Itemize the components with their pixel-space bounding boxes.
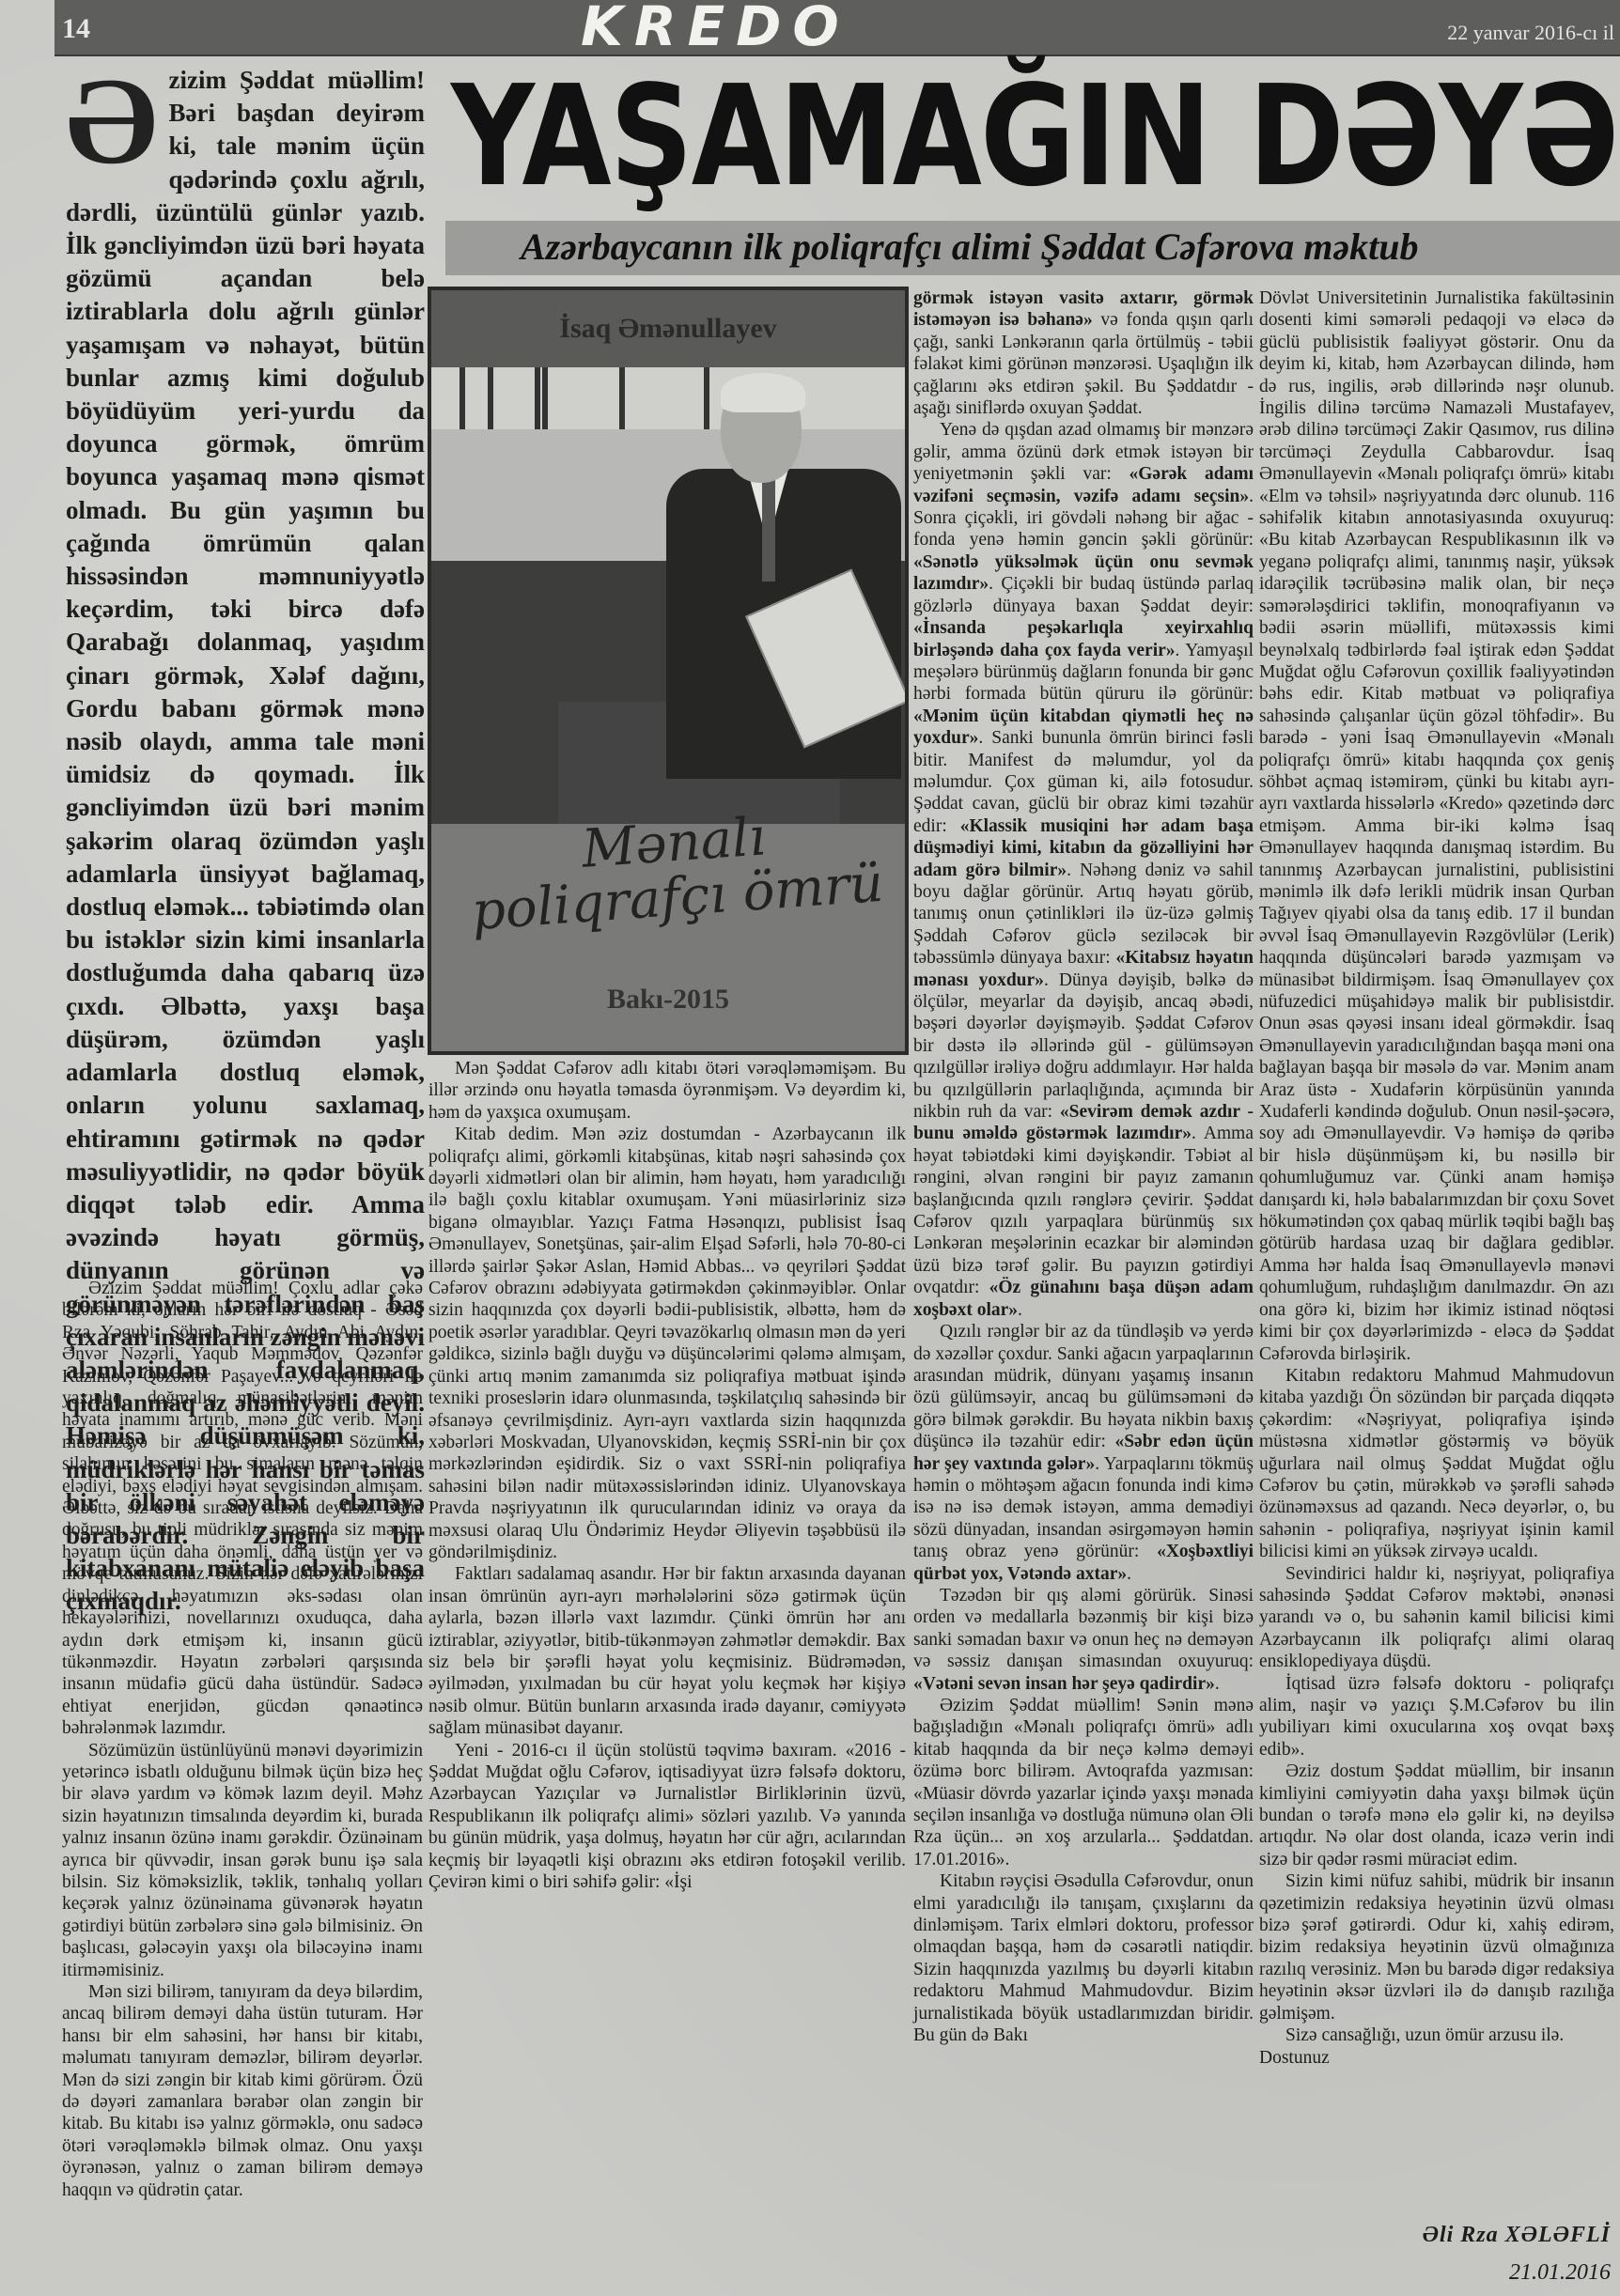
signature-date: 21.01.2016 [1410, 2260, 1611, 2286]
paragraph: Faktları sadalamaq asandır. Hər bir fakt… [428, 1563, 906, 1739]
newspaper-brand: KREDO [581, 0, 850, 58]
headline: YAŞAMAĞIN DƏYƏRİ [451, 56, 1422, 216]
issue-date: 22 yanvar 2016-cı il [1447, 21, 1614, 45]
fourth-column-body: Dövlət Universitetinin Jurnalistika fakü… [1259, 287, 1614, 2069]
paragraph: Mən Şəddat Cəfərov adlı kitabı ötəri vər… [428, 1058, 906, 1124]
cover-city-year: Bakı-2015 [431, 984, 905, 1016]
paragraph: Əzizim Şəddat müəllim! Sənin mənə bağışl… [913, 1695, 1254, 1870]
subtitle: Azərbaycanın ilk poliqrafçı alimi Şəddat… [521, 225, 1419, 269]
author-signature: Əli Rza XƏLƏFLİ [1410, 2223, 1611, 2248]
paragraph: Kitab dedim. Mən əziz dostumdan - Azərba… [428, 1124, 906, 1563]
third-column-body: görmək istəyən vasitə axtarır, görmək is… [913, 287, 1254, 2047]
paragraph: Təzədən bir qış aləmi görürük. Sinəsi or… [913, 1585, 1254, 1695]
bookshelf-graphic [431, 367, 905, 429]
middle-column-body: Mən Şəddat Cəfərov adlı kitabı ötəri vər… [428, 1058, 906, 1893]
paragraph: Yeni - 2016-cı il üçün stolüstü təqvimə … [428, 1740, 906, 1894]
paragraph: Əzizim Şəddat müəllim! Çoxlu adlar çəkə … [62, 1278, 423, 1740]
person-hair-graphic [721, 373, 805, 412]
left-column-body: Əzizim Şəddat müəllim! Çoxlu adlar çəkə … [62, 1278, 423, 2201]
paragraph: Dövlət Universitetinin Jurnalistika fakü… [1259, 287, 1614, 1365]
subtitle-band: Azərbaycanın ilk poliqrafçı alimi Şəddat… [445, 221, 1620, 275]
paragraph: Sizin kimi nüfuz sahibi, müdrik bir insa… [1259, 1870, 1614, 2025]
masthead-band: 14 KREDO 22 yanvar 2016-cı il [55, 0, 1620, 56]
paragraph: Sözümüzün üstünlüyünü mənəvi dəyərimizin… [62, 1740, 423, 1981]
person-tie-graphic [762, 478, 775, 582]
paragraph: Kitabın redaktoru Mahmud Mahmudovun kita… [1259, 1365, 1614, 1563]
paragraph: Sevindirici haldır ki, nəşriyyat, poliqr… [1259, 1563, 1614, 1673]
paragraph: İqtisad üzrə fəlsəfə doktoru - poliqrafç… [1259, 1673, 1614, 1761]
paragraph: görmək istəyən vasitə axtarır, görmək is… [913, 287, 1254, 419]
paragraph: Qızılı rənglər bir az da tündləşib və ye… [913, 1321, 1254, 1585]
book-cover-photo: İsaq Əmənullayev Mənalı poliqrafçı ömrü … [428, 287, 909, 1055]
drop-cap: Ə [66, 70, 158, 175]
paragraph: Sizə cansağlığı, uzun ömür arzusu ilə. [1259, 2025, 1614, 2046]
newspaper-page: 14 KREDO 22 yanvar 2016-cı il Ə zizim Şə… [0, 0, 1620, 2296]
paragraph: Yenə də qışdan azad olmamış bir mənzərə … [913, 419, 1254, 1321]
closing: Dostunuz [1259, 2047, 1614, 2069]
paragraph: Mən sizi bilirəm, tanıyıram da deyə bilə… [62, 1981, 423, 2201]
paragraph: Əziz dostum Şəddat müəllim, bir insanın … [1259, 1761, 1614, 1870]
paragraph: Kitabın rəyçisi Əsədulla Cəfərovdur, onu… [913, 1870, 1254, 2046]
page-number: 14 [62, 13, 90, 45]
cover-author: İsaq Əmənullayev [431, 290, 905, 367]
